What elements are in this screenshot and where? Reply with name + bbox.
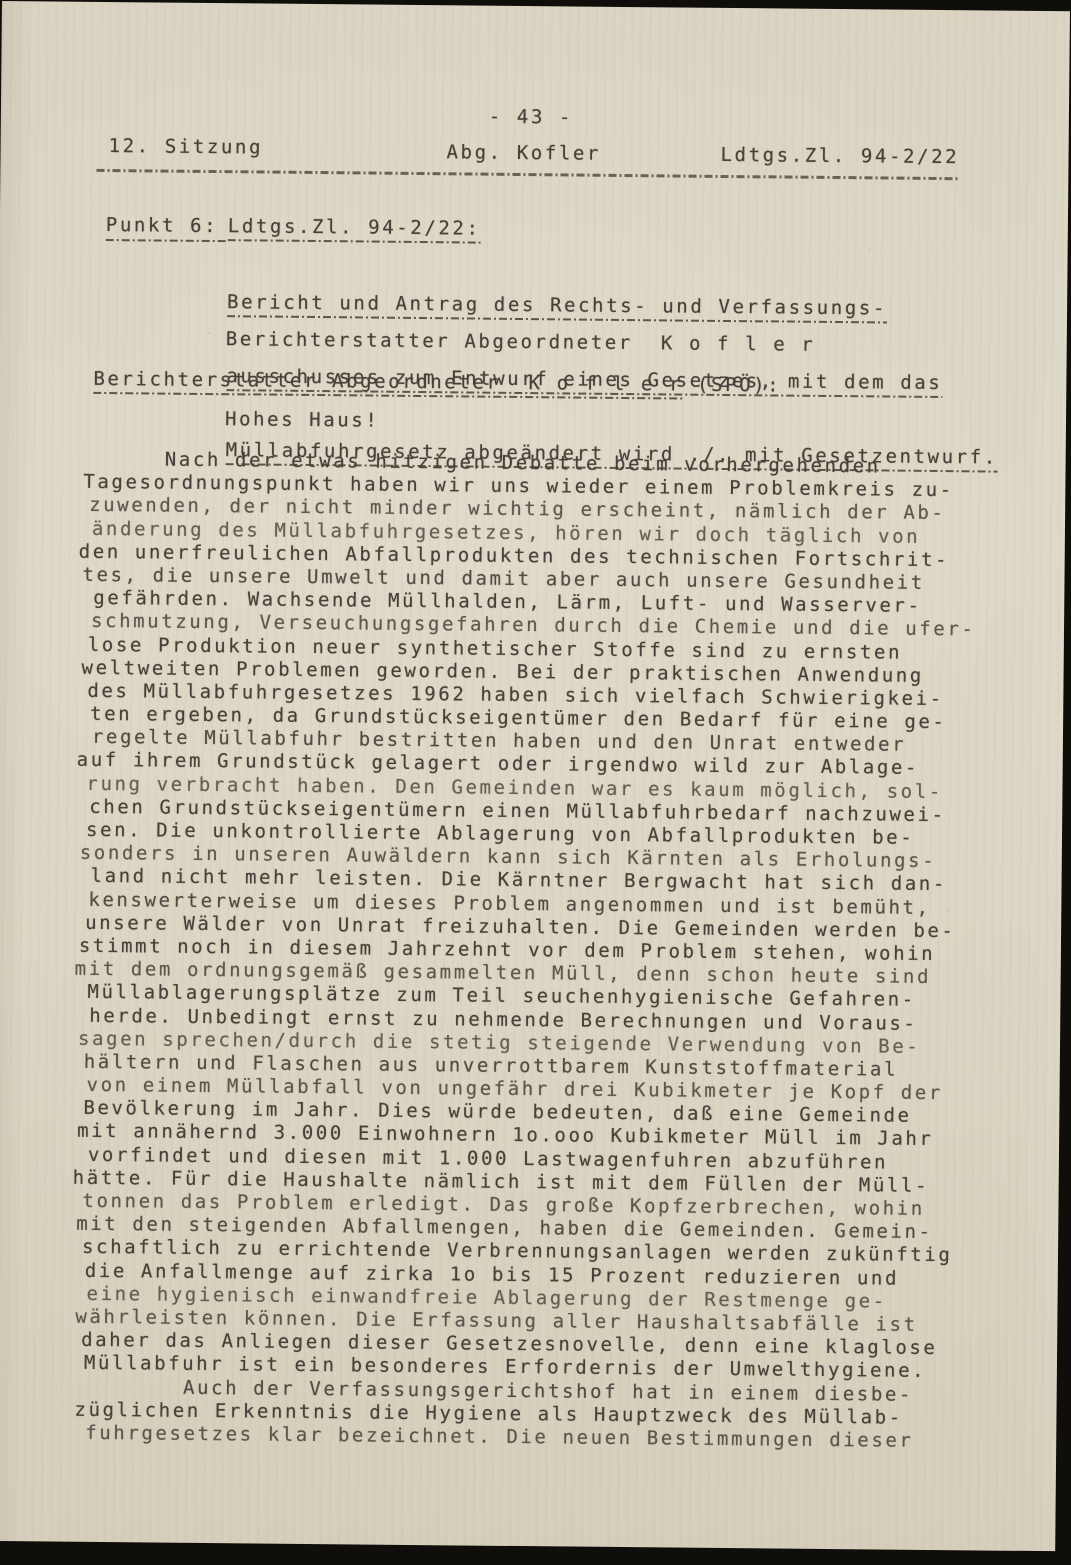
agenda-title-line: Bericht und Antrag des Rechts- und Verfa…	[227, 292, 887, 324]
header-rule	[96, 169, 960, 180]
header-reference: Ldtgs.Zl. 94-2/22	[720, 144, 959, 169]
salutation: Hohes Haus!	[225, 408, 380, 433]
scan-background: { "page": { "page_number": "- 43 -", "he…	[0, 0, 1071, 1565]
agenda-item-row: Punkt 6:Ldtgs.Zl. 94-2/22:	[106, 214, 481, 245]
speech-body: Nach der etwas hitzigen Debatte beim vor…	[80, 448, 974, 1454]
header-session: 12. Sitzung	[108, 135, 263, 160]
page-number: - 43 -	[1, 101, 1061, 134]
speaker-name: Berichterstatter Abgeordneter K o f l e …	[93, 368, 683, 400]
agenda-item-label: Punkt 6:	[106, 214, 228, 242]
agenda-item-reference: Ldtgs.Zl. 94-2/22:	[228, 215, 481, 243]
header-speaker-abbr: Abg. Kofler	[446, 141, 601, 166]
paper-sheet: - 43 - 12. Sitzung Abg. Kofler Ldtgs.Zl.…	[0, 1, 1070, 1551]
speaker-party: (SPÖ):	[683, 374, 781, 397]
